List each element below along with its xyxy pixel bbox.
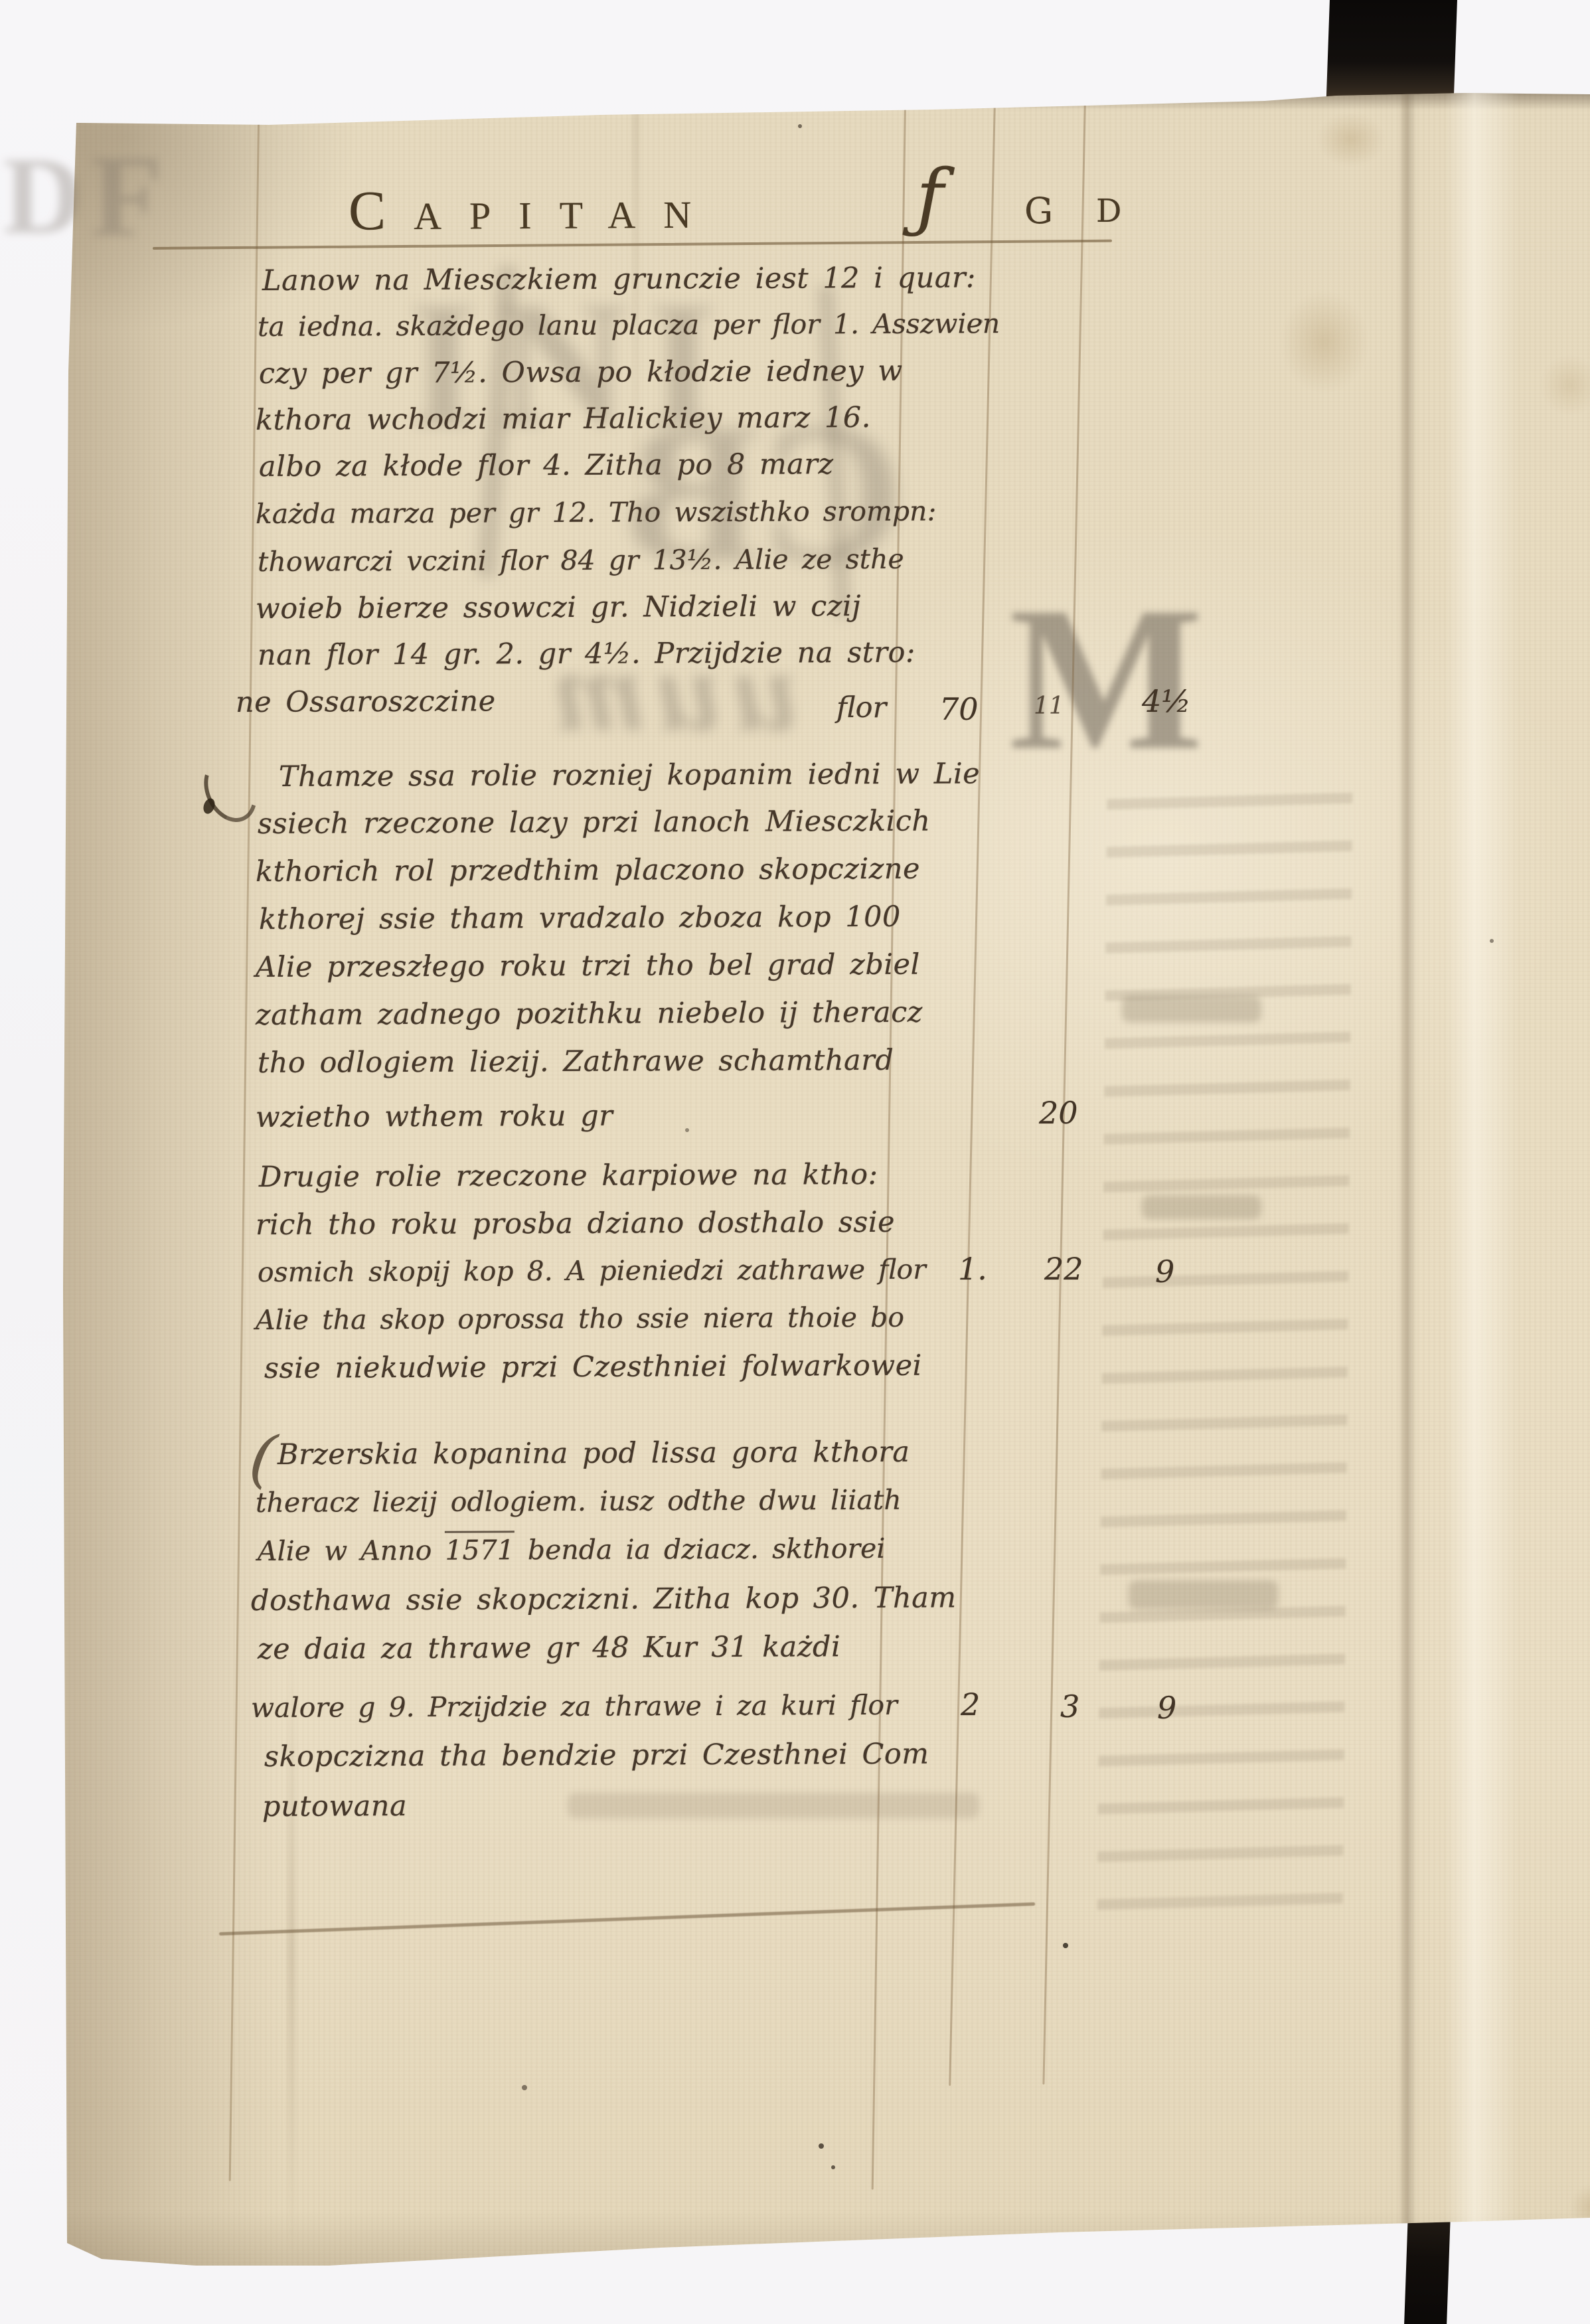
manuscript-line: skopczizna tha bendzie przi Czesthnei Co…: [264, 1739, 929, 1774]
margin-value-floreni: 2: [961, 1689, 980, 1720]
spine-shading: [63, 93, 282, 2271]
manuscript-line: dosthawa ssie skopczizni. Zitha kop 30. …: [251, 1582, 957, 1617]
line-segment: Alie w Anno: [258, 1535, 445, 1567]
manuscript-line: kthorej ssie tham vradzalo zboza kop 100: [259, 902, 901, 936]
manuscript-line: woieb bierze ssowczi gr. Nidzieli w czij: [256, 591, 861, 625]
line-segment: benda ia dziacz. skthorei: [515, 1533, 886, 1566]
margin-value-grossi: 11: [1034, 695, 1064, 718]
manuscript-line: albo za kłode flor 4. Zitha po 8 marz: [259, 449, 834, 483]
manuscript-line: zatham zadnego pozithku niebelo ij thera…: [256, 997, 923, 1032]
manuscript-line: Drugie rolie rzeczone karpiowe na ktho:: [259, 1159, 878, 1193]
manuscript-line: Alie tha skop oprossa tho ssie niera tho…: [256, 1303, 904, 1335]
manuscript-line: Thamze ssa rolie rozniej kopanim iedni w…: [279, 758, 980, 793]
manuscript-line: nan flor 14 gr. 2. gr 4½. Przijdzie na s…: [258, 637, 915, 672]
bleedthrough-letter-d: D: [3, 133, 82, 259]
manuscript-line: Lanow na Miesczkiem grunczie iest 12 i q…: [262, 262, 976, 297]
bleedthrough-smudge: [568, 1793, 979, 1818]
stain: [1570, 2185, 1590, 2231]
bleedthrough-letter-f: F: [92, 129, 163, 263]
paragraph-swash: (: [246, 1425, 279, 1491]
margin-value-denarii: 4½: [1142, 686, 1191, 716]
margin-value-floreni: 1.: [958, 1254, 987, 1284]
column-rule-f-g: [949, 101, 996, 2086]
column-header-floreni: ƒ: [916, 154, 943, 240]
margin-value-grossi: 3: [1060, 1691, 1079, 1722]
manuscript-line: kthorich rol przedthim placzono skopcziz…: [256, 854, 920, 888]
manuscript-line: theracz liezij odlogiem. iusz odthe dwu …: [256, 1485, 902, 1518]
manuscript-line: każda marza per gr 12. Tho wszisthko sro…: [256, 497, 937, 530]
manuscript-line: czy per gr 7½. Owsa po kłodzie iedney w: [259, 356, 903, 390]
manuscript-line: ssie niekudwie przi Czesthniei folwarkow…: [264, 1351, 922, 1385]
manuscript-line: tho odlogiem liezij. Zathrawe schamthard: [258, 1045, 894, 1079]
manuscript-line: Brzerskia kopanina pod lissa gora kthora: [278, 1437, 910, 1471]
flor-label: flor: [836, 693, 886, 724]
bleedthrough-ghost-m: M: [1009, 561, 1204, 797]
scanned-manuscript-screenshot: D F INI CB M uum CAPITAN ƒ G D: [0, 0, 1590, 2324]
paper-crease: [287, 1647, 295, 2258]
ink-flourish: [194, 750, 266, 831]
manuscript-line: wzietho wthem roku gr: [256, 1101, 613, 1134]
top-edge-shadow: [63, 93, 1590, 110]
bleedthrough-smudge: [1129, 1580, 1278, 1610]
footer-rule: [219, 1902, 1035, 1936]
margin-value-grossi: 22: [1044, 1254, 1083, 1284]
column-rule-text-right: [872, 105, 906, 2190]
stain: [1540, 355, 1590, 415]
manuscript-line: ze daia za thrawe gr 48 Kur 31 każdi: [258, 1631, 840, 1665]
manuscript-line: ne Ossaroszczine: [236, 686, 496, 718]
margin-value-denarii: 9: [1155, 1256, 1174, 1287]
manuscript-line: rich tho roku prosba dziano dosthalo ssi…: [256, 1207, 895, 1241]
margin-value-denarii: 9: [1157, 1693, 1176, 1723]
stain: [1318, 113, 1384, 166]
manuscript-line: putowana: [262, 1791, 407, 1823]
column-header-denarii: D: [1096, 193, 1121, 230]
margin-value-grossi: 20: [1039, 1098, 1078, 1128]
column-rule-g-d: [1042, 100, 1086, 2084]
page-title: CAPITAN: [349, 177, 720, 244]
manuscript-line: ta iedna. skażdego lanu placza per flor …: [258, 309, 1000, 342]
gutter-crease: [1399, 93, 1416, 2271]
bottom-edge-shadow: [63, 2211, 1590, 2271]
stain: [1281, 292, 1368, 392]
bleedthrough-smudge: [1122, 996, 1261, 1023]
manuscript-line: Alie w Anno 1571 benda ia dziacz. skthor…: [258, 1534, 886, 1566]
next-leaf-highlight: [1445, 93, 1518, 2271]
margin-value-floreni: 70: [939, 694, 979, 724]
manuscript-page: INI CB M uum CAPITAN ƒ G D Lanow na Mies…: [63, 93, 1590, 2271]
ink-specks: [63, 93, 66, 96]
manuscript-line: kthora wchodzi miar Halickiey marz 16.: [256, 402, 871, 436]
column-header-grossi: G: [1024, 190, 1053, 232]
manuscript-line: walore g 9. Przijdzie za thrawe i za kur…: [251, 1691, 898, 1723]
bookmark-ribbon-bottom: [1404, 2210, 1451, 2324]
manuscript-line: osmich skopij kop 8. A pieniedzi zathraw…: [258, 1255, 926, 1287]
bleedthrough-smudge: [1142, 1195, 1261, 1219]
manuscript-line: ssiech rzeczone lazy przi lanoch Miesczk…: [258, 806, 931, 841]
bleedthrough-text-column: [1097, 779, 1352, 1936]
margin-rule-left: [229, 123, 260, 2181]
year-overlined: 1571: [445, 1531, 515, 1566]
manuscript-line: thowarczi vczini flor 84 gr 13½. Alie ze…: [258, 544, 904, 577]
manuscript-line: Alie przeszłego roku trzi tho bel grad z…: [256, 950, 920, 984]
